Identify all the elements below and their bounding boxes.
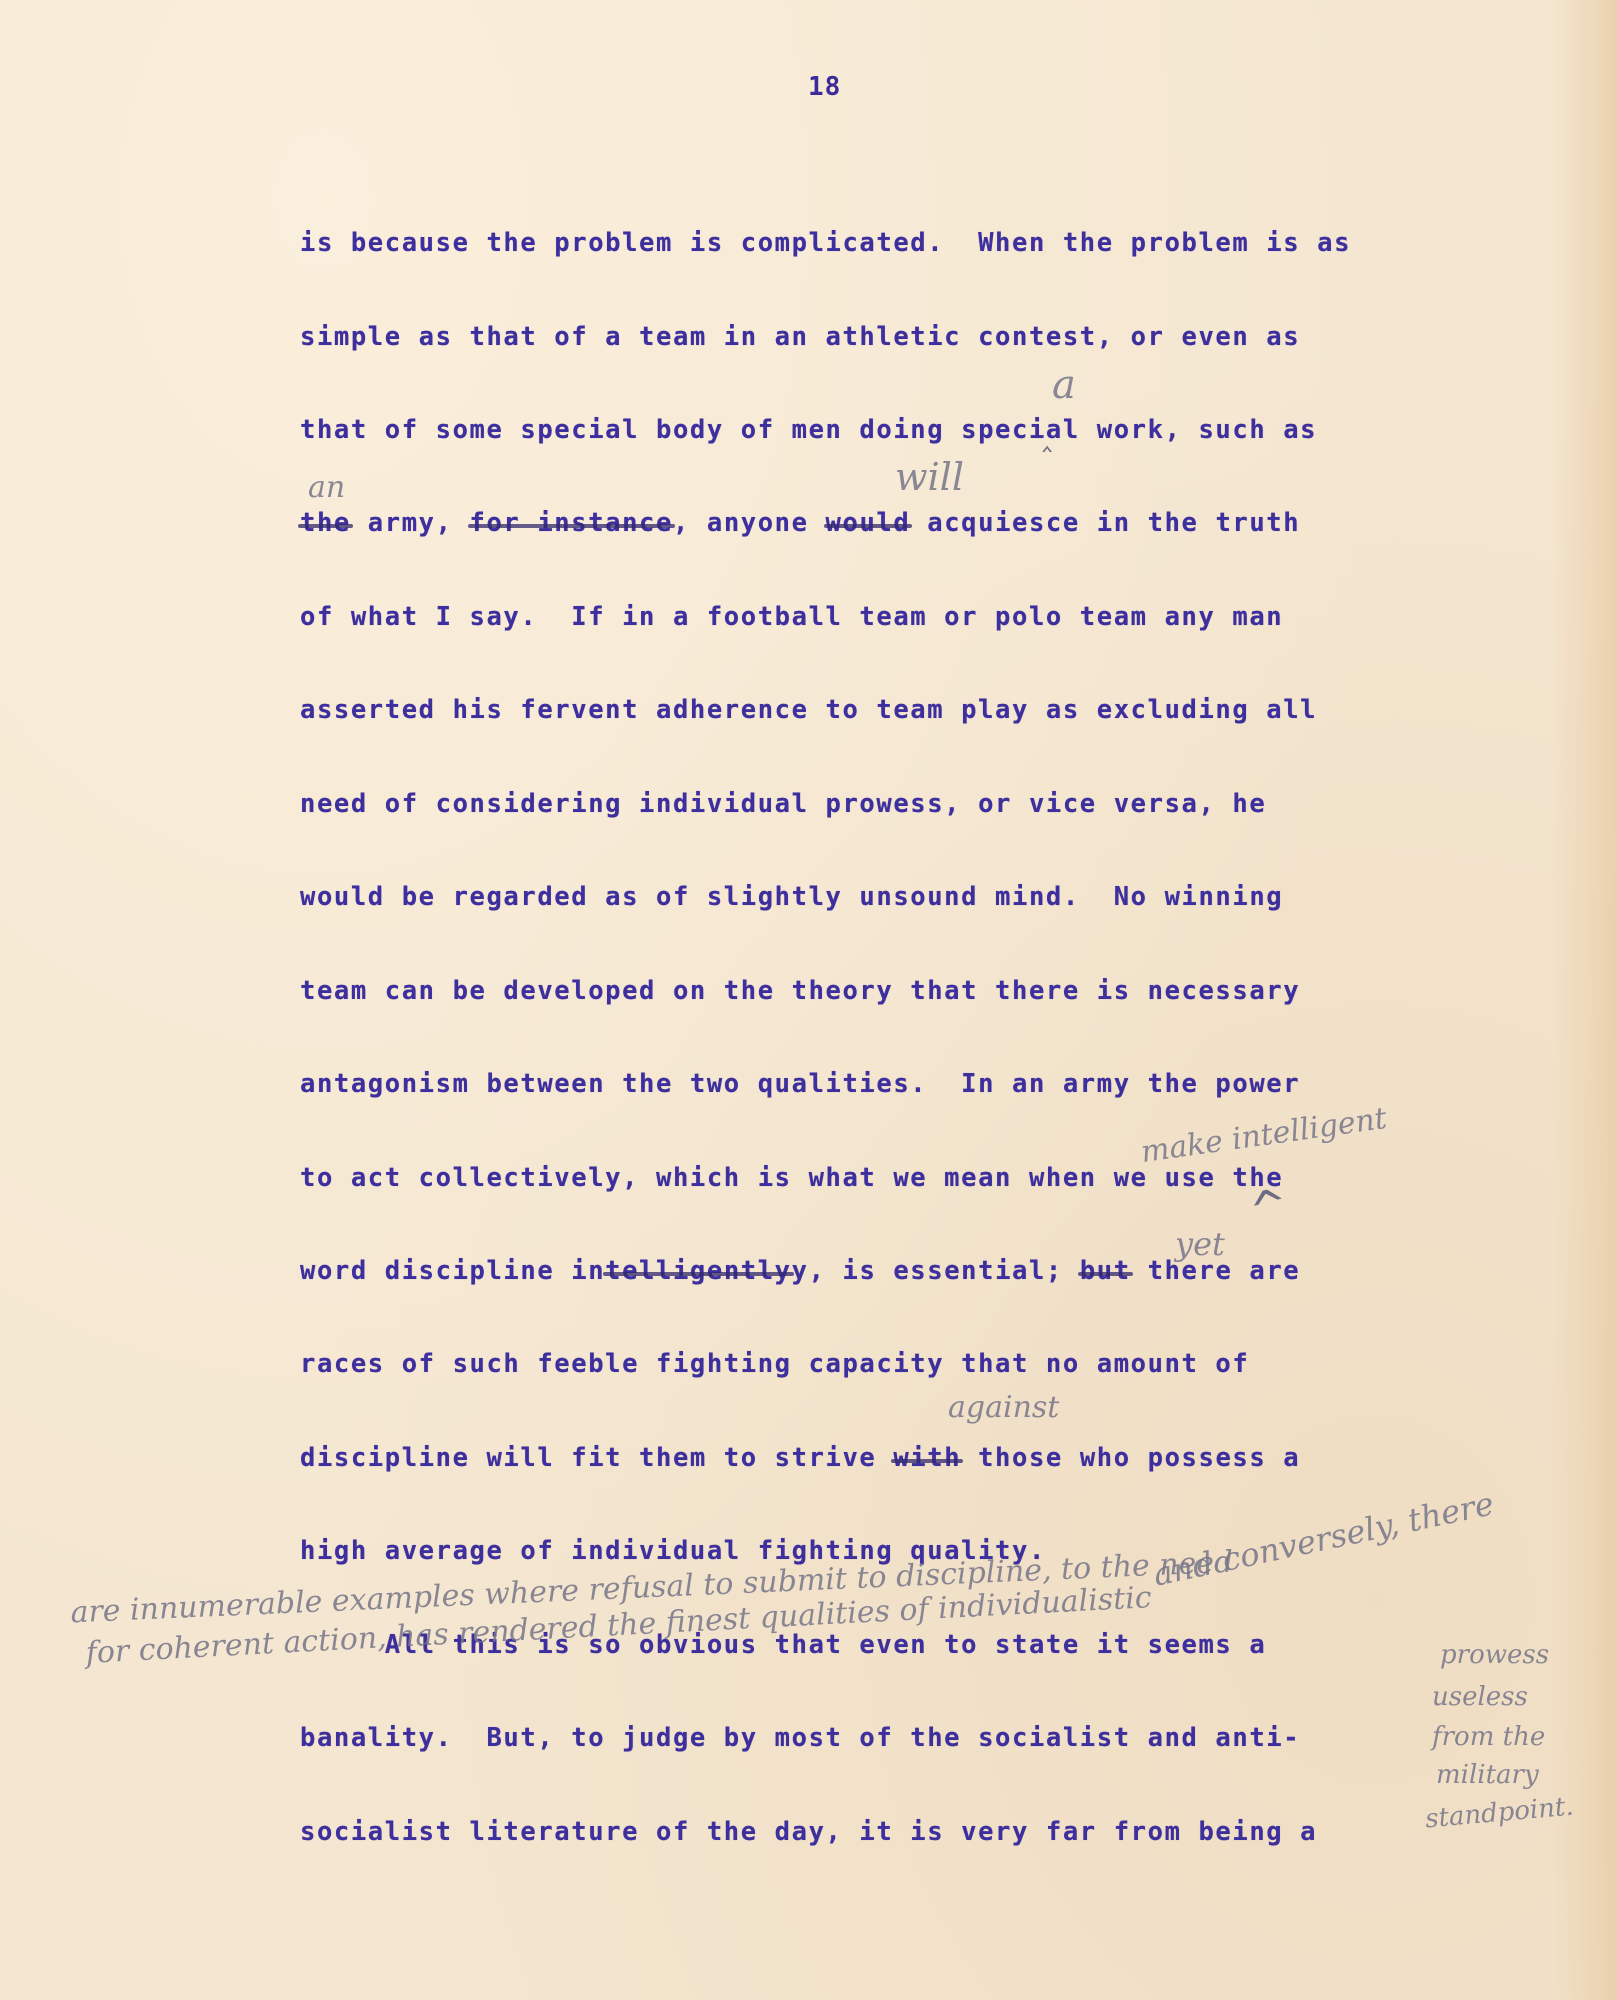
typed-line-10: antagonism between the two qualities. In… [300, 1069, 1300, 1099]
annotation-make-intelligent: make intelligent [1139, 1101, 1389, 1170]
typed-line-4: the army, for instance, anyone would acq… [300, 508, 1300, 538]
margin-word: military [1436, 1760, 1539, 1790]
struck-word: telligently [605, 1256, 791, 1286]
struck-word: but [1080, 1256, 1131, 1286]
annotation-insert-against: against [948, 1390, 1059, 1425]
annotation-insert-a: a [1052, 362, 1076, 408]
typed-line-17: banality. But, to judge by most of the s… [300, 1723, 1300, 1753]
typed-line-5: of what I say. If in a football team or … [300, 602, 1283, 632]
annotation-insert-yet: yet [1175, 1225, 1225, 1263]
caret-mark: ‸ [1042, 418, 1052, 453]
typed-line-14: discipline will fit them to strive with … [300, 1443, 1300, 1473]
typed-line-6: asserted his fervent adherence to team p… [300, 695, 1317, 725]
margin-word: prowess [1440, 1640, 1549, 1670]
struck-word: would [826, 508, 911, 538]
typed-line-11: to act collectively, which is what we me… [300, 1163, 1283, 1193]
page-number: 18 [808, 72, 841, 102]
margin-word: from the [1432, 1722, 1545, 1752]
margin-word: standpoint. [1424, 1792, 1575, 1835]
struck-word: the [300, 508, 351, 538]
typed-line-8: would be regarded as of slightly unsound… [300, 882, 1283, 912]
annotation-insert-an: an [308, 470, 345, 505]
typed-line-1: is because the problem is complicated. W… [300, 228, 1351, 258]
typed-line-18: socialist literature of the day, it is v… [300, 1817, 1317, 1847]
typed-line-3: that of some special body of men doing s… [300, 415, 1317, 445]
annotation-insert-will: will [895, 455, 964, 499]
typed-line-7: need of considering individual prowess, … [300, 789, 1266, 819]
struck-word: with [893, 1443, 961, 1473]
typed-line-2: simple as that of a team in an athletic … [300, 322, 1300, 352]
typed-line-9: team can be developed on the theory that… [300, 976, 1300, 1006]
margin-word: useless [1432, 1682, 1528, 1712]
typed-line-12: word discipline intelligentlyy, is essen… [300, 1256, 1300, 1286]
typed-line-13: races of such feeble fighting capacity t… [300, 1349, 1249, 1379]
insertion-arrow: ^ [1244, 1176, 1295, 1238]
struck-word: for instance [470, 508, 673, 538]
